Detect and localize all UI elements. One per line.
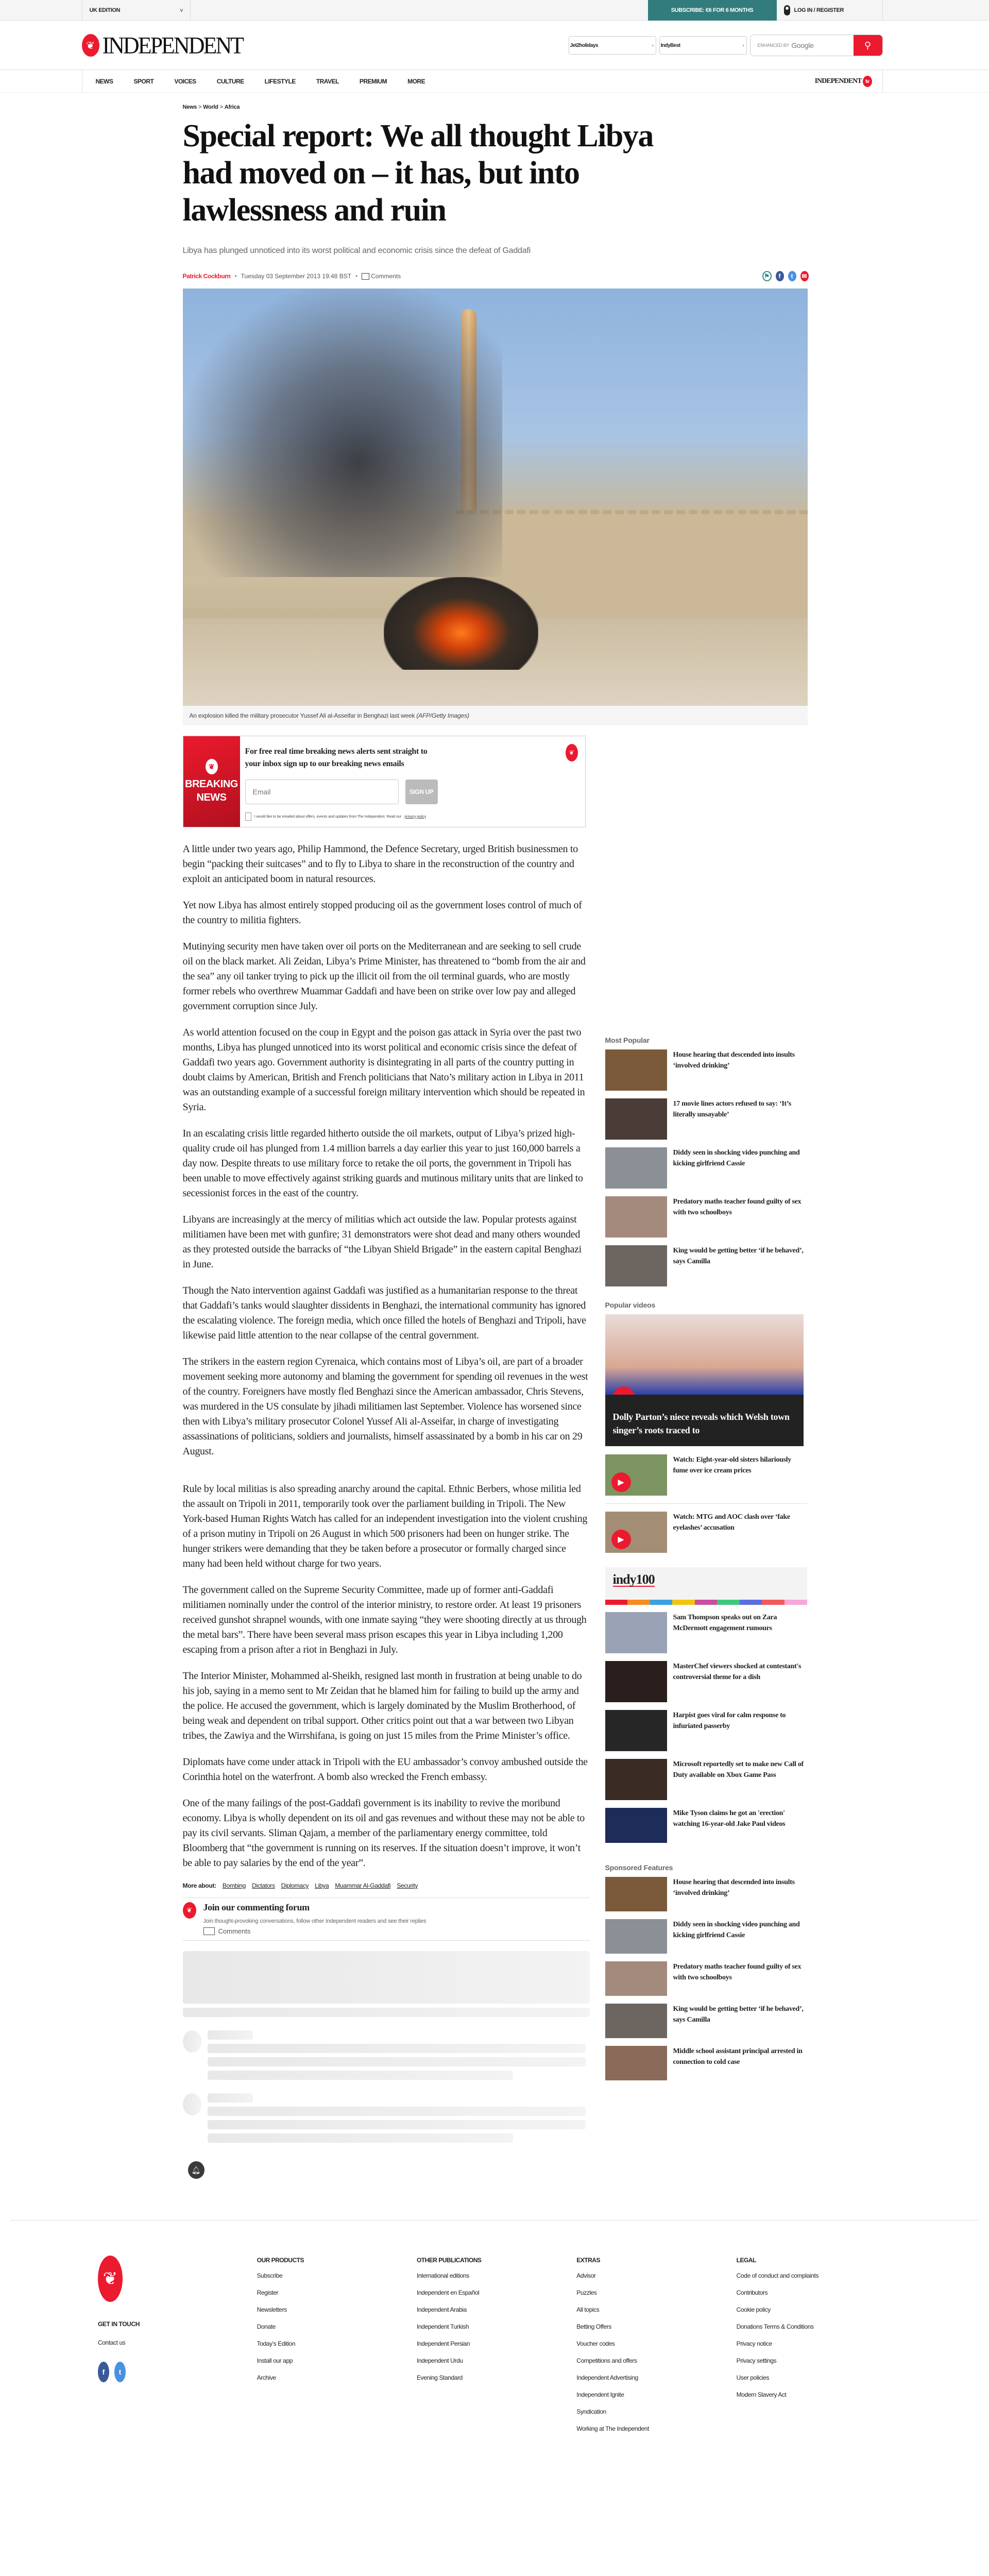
breadcrumb-africa[interactable]: Africa [225, 104, 240, 110]
tag-bombing[interactable]: Bombing [223, 1882, 246, 1889]
section-heading: Popular videos [605, 1301, 807, 1309]
indy100-section: indy100 Sam Thompson speaks out on Zara … [605, 1567, 807, 1843]
paragraph: A little under two years ago, Philip Ham… [183, 842, 590, 887]
play-icon: ▶ [611, 1472, 631, 1492]
breadcrumb-separator: > [220, 104, 223, 110]
get-in-touch-heading: GET IN TOUCH [98, 2320, 257, 2328]
privacy-policy-link[interactable]: privacy policy [404, 815, 426, 819]
caption-text: An explosion killed the military prosecu… [190, 712, 415, 719]
eagle-logo-icon: ❦ [98, 2256, 123, 2302]
most-popular: Most Popular House hearing that descende… [605, 1036, 807, 1286]
chevron-down-icon: v [180, 8, 183, 13]
search-input[interactable]: ENHANCED BY Google [751, 35, 854, 56]
video-item[interactable]: ▶ Watch: Eight-year-old sisters hilariou… [605, 1454, 807, 1496]
footer-link[interactable]: Independent Urdu [417, 2357, 576, 2364]
footer-column-products: OUR PRODUCTS Subscribe Register Newslett… [257, 2241, 417, 2442]
badge-line-2: NEWS [197, 791, 227, 804]
list-item[interactable]: King would be getting better ‘if he beha… [605, 2004, 807, 2038]
footer-heading: LEGAL [737, 2257, 896, 2264]
skeleton-line [208, 2133, 514, 2143]
item-title: Watch: Eight-year-old sisters hilariousl… [673, 1454, 807, 1496]
nav-more[interactable]: MORE [407, 78, 425, 85]
paragraph: As world attention focused on the coup i… [183, 1025, 590, 1115]
item-title: Watch: MTG and AOC clash over ‘fake eyel… [673, 1512, 807, 1553]
sidebar: Most Popular House hearing that descende… [605, 736, 807, 2179]
skeleton-comment [183, 2030, 590, 2080]
burning-car-shape [384, 577, 538, 670]
thumbnail-image [605, 1808, 667, 1843]
independent-tv-link[interactable]: INDEPENDENT tv [815, 76, 872, 87]
footer-link[interactable]: Evening Standard [417, 2374, 576, 2381]
thumbnail-image [605, 1612, 667, 1653]
list-item[interactable]: House hearing that descended into insult… [605, 1877, 807, 1911]
nav-travel[interactable]: TRAVEL [316, 78, 339, 85]
hero-image [183, 289, 808, 706]
email-share-icon[interactable]: ✉ [800, 271, 809, 281]
thumbnail-image [605, 1661, 667, 1702]
divider [605, 1503, 807, 1504]
footer-link[interactable]: Independent en Español [417, 2289, 576, 2296]
skeleton-avatar [183, 2093, 201, 2115]
nav-news[interactable]: NEWS [96, 78, 113, 85]
comment-bubble-icon [362, 273, 369, 280]
breaking-news-signup: ❦ BREAKING NEWS For free real time break… [183, 736, 586, 827]
bell-icon: 🔔︎ [192, 2166, 201, 2175]
tag-muammar-al-gaddafi[interactable]: Muammar Al-Gaddafi [335, 1882, 390, 1889]
thumbnail-image [605, 2004, 667, 2038]
paragraph: In an escalating crisis little regarded … [183, 1126, 590, 1201]
paragraph: The strikers in the eastern region Cyren… [183, 1354, 590, 1459]
forum-title: Join our commenting forum [203, 1902, 427, 1913]
item-title: King would be getting better ‘if he beha… [673, 1245, 807, 1286]
list-item[interactable]: Predatory maths teacher found guilty of … [605, 1961, 807, 1996]
badge-line-1: BREAKING [185, 777, 238, 791]
paragraph: Mutinying security men have taken over o… [183, 939, 590, 1014]
sign-up-button[interactable]: SIGN UP [405, 779, 438, 804]
footer-link[interactable]: Privacy settings [737, 2357, 896, 2364]
item-title: MasterChef viewers shocked at contestant… [673, 1661, 807, 1702]
list-item[interactable]: Sam Thompson speaks out on Zara McDermot… [605, 1612, 807, 1653]
footer-link[interactable]: Contributors [737, 2289, 896, 2296]
twitter-icon[interactable]: t [114, 2362, 126, 2382]
list-item[interactable]: 17 movie lines actors refused to say: ‘I… [605, 1098, 807, 1140]
separator-dot: • [234, 273, 236, 280]
breadcrumb: News>World>Africa [183, 104, 809, 110]
list-item[interactable]: Diddy seen in shocking video punching an… [605, 1919, 807, 1954]
thumbnail-image [605, 1098, 667, 1140]
footer-link[interactable]: Install our app [257, 2357, 417, 2364]
paragraph: One of the many failings of the post-Gad… [183, 1796, 590, 1871]
hero-figure: An explosion killed the military prosecu… [183, 289, 809, 725]
skeleton-line [208, 2030, 253, 2040]
footer-link[interactable]: Donate [257, 2323, 417, 2330]
site-logo[interactable]: ❦ INDEPENDENT [82, 32, 243, 59]
footer-heading: OUR PRODUCTS [257, 2257, 417, 2264]
footer-link[interactable]: Code of conduct and complaints [737, 2272, 896, 2279]
search-button[interactable]: ⚲ [854, 35, 882, 56]
item-title: Harpist goes viral for calm response to … [673, 1710, 807, 1751]
color-stripe [605, 1600, 807, 1605]
consent-checkbox[interactable] [245, 812, 251, 821]
list-item[interactable]: Diddy seen in shocking video punching an… [605, 1147, 807, 1189]
footer-link[interactable]: Archive [257, 2374, 417, 2381]
thumbnail-image [605, 1919, 667, 1954]
eagle-logo-icon: ❦ [183, 1902, 196, 1919]
image-credit: (AFP/Getty Images) [416, 712, 469, 719]
user-icon [784, 5, 790, 15]
thumbnail-image [605, 1877, 667, 1911]
more-about-label: More about: [183, 1882, 216, 1889]
footer-contact-column: ❦ GET IN TOUCH Contact us f t [98, 2241, 257, 2442]
thumbnail-image [605, 1961, 667, 1996]
login-label: LOG IN / REGISTER [794, 7, 844, 13]
skeleton-avatar [183, 2030, 201, 2053]
site-search[interactable]: ENHANCED BY Google ⚲ [750, 35, 883, 56]
item-title: Mike Tyson claims he got an 'erection' w… [673, 1808, 807, 1843]
commenting-forum: ❦ Join our commenting forum Join thought… [183, 1897, 590, 1941]
smoke-shape [183, 289, 502, 577]
chevron-right-icon: › [743, 43, 744, 48]
list-item[interactable]: Harpist goes viral for calm response to … [605, 1710, 807, 1751]
facebook-icon[interactable]: f [98, 2362, 109, 2382]
footer-link[interactable]: Independent Turkish [417, 2323, 576, 2330]
nav-voices[interactable]: VOICES [174, 78, 196, 85]
thumbnail-image [605, 1759, 667, 1800]
nav-lifestyle[interactable]: LIFESTYLE [265, 78, 296, 85]
section-nav: NEWS SPORT VOICES CULTURE LIFESTYLE TRAV… [0, 70, 989, 93]
video-title: Dolly Parton’s niece reveals which Welsh… [605, 1395, 804, 1446]
item-title: Predatory maths teacher found guilty of … [673, 1961, 807, 1996]
article-main: ❦ BREAKING NEWS For free real time break… [183, 736, 590, 2179]
list-item[interactable]: Microsoft reportedly set to make new Cal… [605, 1759, 807, 1800]
thumbnail-image [605, 1245, 667, 1286]
utility-bar: UK EDITION v SUBSCRIBE: €6 FOR 6 MONTHS … [0, 0, 989, 21]
site-footer: ❦ GET IN TOUCH Contact us f t OUR PRODUC… [10, 2220, 979, 2550]
footer-heading: OTHER PUBLICATIONS [417, 2257, 576, 2264]
login-register-link[interactable]: LOG IN / REGISTER [777, 0, 882, 21]
social-links: f t [98, 2362, 257, 2382]
footer-link[interactable]: User policies [737, 2374, 896, 2381]
list-item[interactable]: House hearing that descended into insult… [605, 1049, 807, 1091]
tv-badge-icon: tv [863, 76, 872, 87]
forum-subtitle: Join thought-provoking conversations, fo… [203, 1918, 427, 1924]
footer-link[interactable]: Independent Persian [417, 2340, 576, 2347]
topic-tags: More about: Bombing Dictators Diplomacy … [183, 1882, 590, 1889]
footer-link[interactable]: International editions [417, 2272, 576, 2279]
author-link[interactable]: Patrick Cockburn [183, 273, 231, 280]
footer-link[interactable]: Cookie policy [737, 2306, 896, 2313]
breadcrumb-world[interactable]: World [203, 104, 218, 110]
skeleton-line [208, 2093, 253, 2103]
featured-video[interactable]: ▶ Dolly Parton’s niece reveals which Wel… [605, 1314, 804, 1446]
paragraph: Diplomats have come under attack in Trip… [183, 1755, 590, 1785]
footer-link[interactable]: Newsletters [257, 2306, 417, 2313]
video-thumbnail: ▶ [605, 1512, 667, 1553]
list-item[interactable]: Predatory maths teacher found guilty of … [605, 1196, 807, 1238]
footer-link[interactable]: Independent Ignite [576, 2391, 736, 2398]
tag-dictators[interactable]: Dictators [252, 1882, 275, 1889]
chevron-right-icon: › [652, 43, 654, 48]
skeleton-line [208, 2071, 514, 2080]
item-title: House hearing that descended into insult… [673, 1877, 807, 1911]
newsletter-title: For free real time breaking news alerts … [245, 745, 441, 770]
footer-link[interactable]: Independent Advertising [576, 2374, 736, 2381]
subscribe-button[interactable]: SUBSCRIBE: €6 FOR 6 MONTHS [648, 0, 777, 21]
indybest-link[interactable]: IndyBest › [659, 36, 747, 55]
publish-date: Tuesday 03 September 2013 19:48 BST [241, 273, 351, 280]
item-title: Predatory maths teacher found guilty of … [673, 1196, 807, 1238]
section-heading: Most Popular [605, 1036, 807, 1044]
popular-videos: Popular videos ▶ Dolly Parton’s niece re… [605, 1301, 807, 1553]
search-enhanced-label: ENHANCED BY [758, 43, 790, 48]
email-field[interactable] [245, 779, 399, 804]
thumbnail-image [605, 1049, 667, 1091]
footer-link[interactable]: Working at The Independent [576, 2425, 736, 2432]
search-icon: ⚲ [864, 40, 871, 51]
paragraph: The government called on the Supreme Sec… [183, 1583, 590, 1657]
item-title: Middle school assistant principal arrest… [673, 2046, 807, 2080]
footer-link[interactable]: All topics [576, 2306, 736, 2313]
notification-bell-button[interactable]: 🔔︎ [188, 2161, 204, 2179]
pill-label: IndyBest [661, 43, 680, 48]
consent-text: I would like to be emailed about offers,… [254, 815, 402, 819]
footer-link[interactable]: Syndication [576, 2408, 736, 2415]
google-brand: Google [791, 41, 813, 49]
item-title: Microsoft reportedly set to make new Cal… [673, 1759, 807, 1800]
nav-premium[interactable]: PREMIUM [360, 78, 387, 85]
edition-label: UK EDITION [90, 7, 121, 13]
paragraph: Rule by local militias is also spreading… [183, 1482, 590, 1571]
video-thumbnail: ▶ [605, 1454, 667, 1496]
thumbnail-image [605, 2046, 667, 2080]
tv-wordmark: INDEPENDENT [815, 77, 862, 86]
footer-link[interactable]: Register [257, 2289, 417, 2296]
item-title: King would be getting better ‘if he beha… [673, 2004, 807, 2038]
footer-column-publications: OTHER PUBLICATIONS International edition… [417, 2241, 576, 2442]
byline: Patrick Cockburn • Tuesday 03 September … [183, 271, 809, 281]
tag-libya[interactable]: Libya [315, 1882, 329, 1889]
nav-culture[interactable]: CULTURE [217, 78, 244, 85]
footer-link[interactable]: Puzzles [576, 2289, 736, 2296]
item-title: Sam Thompson speaks out on Zara McDermot… [673, 1612, 807, 1653]
comment-bubble-icon [203, 1927, 215, 1935]
footer-link[interactable]: Privacy notice [737, 2340, 896, 2347]
tag-security[interactable]: Security [397, 1882, 418, 1889]
comments-label: Comments [218, 1927, 251, 1935]
list-item[interactable]: Mike Tyson claims he got an 'erection' w… [605, 1808, 807, 1843]
bookmark-icon[interactable]: ⚑ [762, 271, 772, 281]
footer-link[interactable]: Voucher codes [576, 2340, 736, 2347]
footer-heading: EXTRAS [576, 2257, 736, 2264]
footer-column-legal: LEGAL Code of conduct and complaints Con… [737, 2241, 896, 2442]
tag-diplomacy[interactable]: Diplomacy [281, 1882, 309, 1889]
footer-link[interactable]: Independent Arabia [417, 2306, 576, 2313]
footer-link[interactable]: Advisor [576, 2272, 736, 2279]
skeleton-line [183, 2008, 590, 2017]
thumbnail-image [605, 1196, 667, 1238]
eagle-logo-icon: ❦ [82, 34, 99, 57]
skeleton-comment [183, 2093, 590, 2143]
thumbnail-image [605, 1147, 667, 1189]
item-title: 17 movie lines actors refused to say: ‘I… [673, 1098, 807, 1140]
thumbnail-image [605, 1710, 667, 1751]
footer-link[interactable]: Donations Terms & Conditions [737, 2323, 896, 2330]
breaking-news-badge: ❦ BREAKING NEWS [183, 736, 240, 827]
eagle-icon: ❦ [206, 759, 218, 774]
list-item[interactable]: MasterChef viewers shocked at contestant… [605, 1661, 807, 1702]
breadcrumb-news[interactable]: News [183, 104, 197, 110]
article-page: News>World>Africa Special report: We all… [183, 104, 809, 2179]
item-title: House hearing that descended into insult… [673, 1049, 807, 1091]
logo-wordmark: INDEPENDENT [103, 31, 243, 59]
comments-link[interactable]: Comments [362, 273, 401, 280]
footer-link[interactable]: Subscribe [257, 2272, 417, 2279]
paragraph: Libyans are increasingly at the mercy of… [183, 1212, 590, 1272]
comments-loading-skeleton [183, 1951, 590, 2143]
play-icon: ▶ [611, 1530, 631, 1549]
footer-link[interactable]: Modern Slavery Act [737, 2391, 896, 2398]
facebook-share-icon[interactable]: f [776, 271, 784, 281]
item-title: Diddy seen in shocking video punching an… [673, 1919, 807, 1954]
indy100-logo[interactable]: indy100 [613, 1573, 655, 1587]
video-item[interactable]: ▶ Watch: MTG and AOC clash over ‘fake ey… [605, 1512, 807, 1553]
skeleton-line [208, 2107, 586, 2116]
forum-comments-link[interactable]: Comments [203, 1927, 427, 1935]
standfirst: Libya has plunged unnoticed into its wor… [183, 246, 809, 256]
headline: Special report: We all thought Libya had… [183, 117, 698, 229]
consent-row: I would like to be emailed about offers,… [245, 812, 580, 821]
footer-link[interactable]: Betting Offers [576, 2323, 736, 2330]
contact-us-link[interactable]: Contact us [98, 2339, 257, 2346]
item-title: Diddy seen in shocking video punching an… [673, 1147, 807, 1189]
skeleton-line [208, 2044, 586, 2053]
skeleton-block [183, 1951, 590, 2004]
share-buttons: ⚑ f t ✉ [762, 271, 809, 281]
paragraph: Yet now Libya has almost entirely stoppe… [183, 898, 590, 928]
eagle-logo-icon: ❦ [566, 744, 578, 761]
list-item[interactable]: Middle school assistant principal arrest… [605, 2046, 807, 2080]
article-body: A little under two years ago, Philip Ham… [183, 842, 590, 1871]
skeleton-line [208, 2057, 586, 2066]
twitter-share-icon[interactable]: t [788, 271, 796, 281]
pill-label: Jet2holidays [570, 43, 599, 48]
edition-selector[interactable]: UK EDITION v [82, 0, 191, 21]
footer-link[interactable]: Today’s Edition [257, 2340, 417, 2347]
footer-column-extras: EXTRAS Advisor Puzzles All topics Bettin… [576, 2241, 736, 2442]
footer-link[interactable]: Competitions and offers [576, 2357, 736, 2364]
comments-label: Comments [371, 273, 401, 280]
breadcrumb-separator: > [198, 104, 201, 110]
nav-sport[interactable]: SPORT [134, 78, 154, 85]
jet2holidays-link[interactable]: Jet2holidays › [569, 36, 656, 55]
sponsored-features: Sponsored Features House hearing that de… [605, 1863, 807, 2080]
masthead: ❦ INDEPENDENT Jet2holidays › IndyBest › … [0, 21, 989, 70]
list-item[interactable]: King would be getting better ‘if he beha… [605, 1245, 807, 1286]
section-heading: Sponsored Features [605, 1863, 807, 1872]
paragraph: The Interior Minister, Mohammed al-Sheik… [183, 1669, 590, 1743]
indy100-header: indy100 [605, 1567, 807, 1600]
paragraph: Though the Nato intervention against Gad… [183, 1283, 590, 1343]
separator-dot: • [355, 273, 357, 280]
image-caption: An explosion killed the military prosecu… [183, 706, 808, 725]
skeleton-line [208, 2120, 586, 2129]
